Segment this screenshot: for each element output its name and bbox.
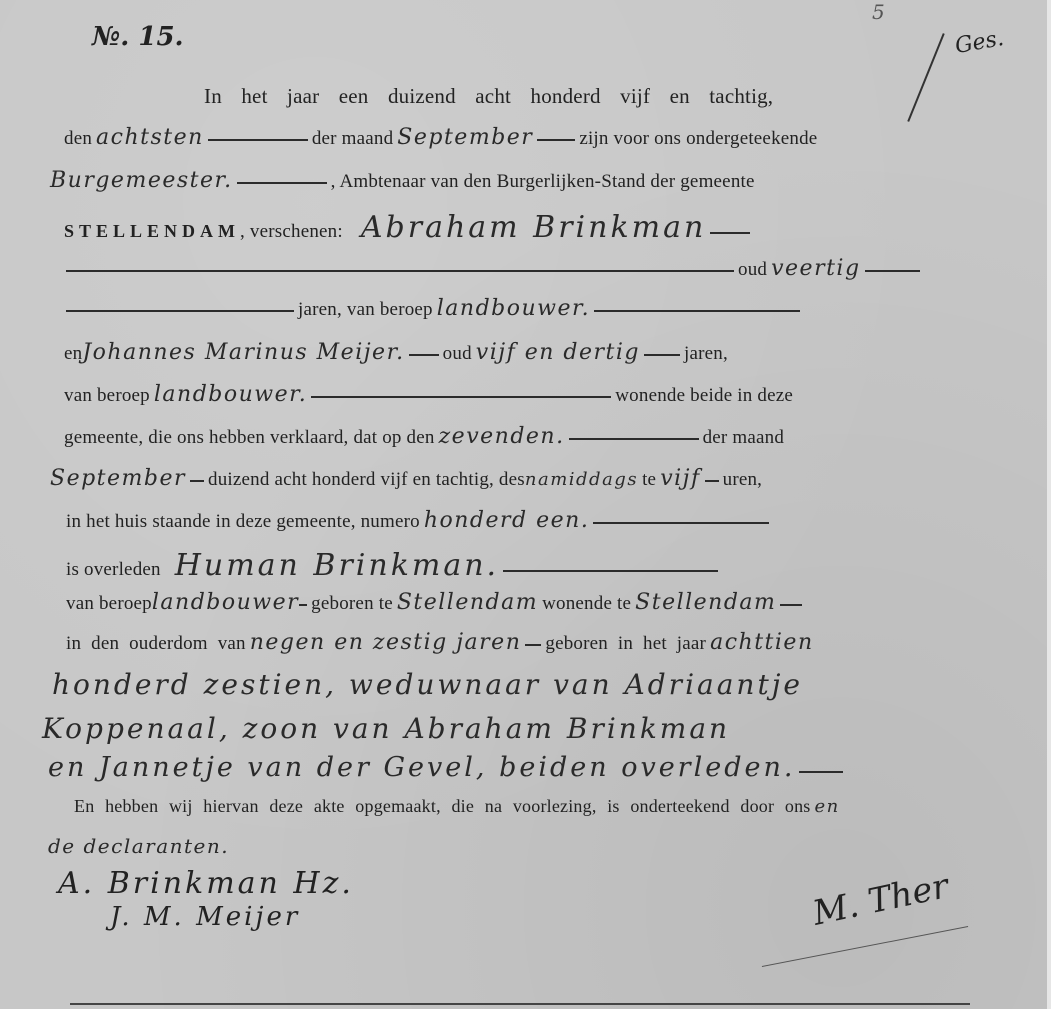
record-day: achtsten [96, 125, 204, 150]
closing-line: En hebben wij hiervan deze akte opgemaak… [74, 796, 840, 817]
fill-line [710, 232, 750, 234]
label-jaren: jaren, [684, 343, 728, 364]
municipality-name: STELLENDAM [64, 221, 240, 241]
house-line: in het huis staande in deze gemeente, nu… [66, 508, 769, 533]
preamble-line: In het jaar een duizend acht honderd vij… [204, 84, 773, 109]
fill-line [208, 139, 308, 141]
fill-line [237, 182, 327, 184]
closing-text: En hebben wij hiervan deze akte opgemaak… [74, 796, 810, 816]
death-month: September [50, 466, 186, 491]
label-te: te [642, 469, 656, 490]
death-day: zevenden. [439, 424, 565, 449]
label-van-beroep: van beroep [66, 593, 152, 614]
official-line: Burgemeester. , Ambtenaar van den Burger… [50, 168, 755, 193]
declarant1-occupation: landbouwer. [437, 296, 590, 321]
handwritten-line-15: honderd zestien, weduwnaar van Adriaantj… [52, 668, 803, 701]
fill-line [66, 310, 294, 312]
declarant1-age: veertig [771, 256, 860, 281]
civil-record-page: №. 15. 5 Ges. In het jaar een duizend ac… [0, 0, 1051, 1009]
label-der-maand: der maand [703, 427, 784, 448]
fill-line [409, 354, 439, 356]
label-wonende-beide: wonende beide in deze [615, 385, 793, 406]
death-date-line: gemeente, die ons hebben verklaard, dat … [64, 424, 784, 449]
deceased-residence: Stellendam [635, 590, 776, 615]
label-zijn-voor-ons: zijn voor ons ondergeteekende [579, 128, 817, 149]
label-ouderdom: in den ouderdom van [66, 633, 246, 654]
label-oud: oud [738, 259, 767, 280]
bottom-rule [70, 1003, 970, 1005]
fill-line [865, 270, 920, 272]
declarant2-name: Johannes Marinus Meijer. [82, 340, 404, 365]
fill-line [594, 310, 800, 312]
fill-line [569, 438, 699, 440]
margin-note-top: 5 [872, 0, 885, 24]
signature-declarant2: J. M. Meijer [110, 902, 300, 932]
label-huis-numero: in het huis staande in deze gemeente, nu… [66, 511, 420, 532]
signature-declarant1: A. Brinkman Hz. [58, 866, 354, 901]
declaranten-line: de declaranten. [48, 834, 229, 858]
official-role: Burgemeester. [50, 168, 233, 193]
age1-line: oud veertig [66, 256, 920, 281]
label-wonende-te: wonende te [542, 593, 631, 614]
house-number: honderd een. [424, 508, 589, 533]
label-den: den [64, 128, 92, 149]
signature-official: M. Ther [809, 866, 952, 934]
label-oud: oud [443, 343, 472, 364]
birth-year-start: achttien [710, 630, 814, 655]
fill-line [311, 396, 611, 398]
label-en: en [64, 343, 82, 364]
date-line: den achtsten der maand September zijn vo… [64, 125, 817, 150]
fill-line [503, 570, 718, 572]
death-hour: vijf [660, 466, 700, 491]
fill-line [644, 354, 680, 356]
page-edge [1047, 0, 1051, 1009]
label-is-overleden: is overleden [66, 559, 161, 580]
declarant2-line: enJohannes Marinus Meijer. oud vijf en d… [64, 340, 728, 365]
fill-line [525, 644, 541, 646]
fill-line [190, 480, 204, 482]
handwritten-line-16: Koppenaal, zoon van Abraham Brinkman [42, 712, 730, 745]
deceased-birthplace: Stellendam [397, 590, 538, 615]
label-van-beroep: van beroep [64, 385, 150, 406]
deceased-age: negen en zestig jaren [250, 630, 522, 655]
fill-line [593, 522, 769, 524]
declarant1-name: Abraham Brinkman [361, 210, 706, 245]
record-number: №. 15. [92, 22, 184, 52]
occupation2-line: van beroep landbouwer. wonende beide in … [64, 382, 793, 407]
label-uren: uren, [723, 469, 763, 490]
appeared-line: STELLENDAM, verschenen: Abraham Brinkman [64, 210, 750, 245]
declarant2-occupation: landbouwer. [154, 382, 307, 407]
occupation1-line: jaren, van beroep landbouwer. [66, 296, 800, 321]
deceased-occupation: landbouwer [152, 590, 299, 615]
deceased-name: Human Brinkman. [175, 548, 499, 583]
label-year-des: duizend acht honderd vijf en tachtig, de… [208, 469, 525, 490]
record-month: September [397, 125, 533, 150]
margin-stroke [907, 33, 944, 122]
death-time-line: September duizend acht honderd vijf en t… [50, 466, 762, 491]
deceased-origin-line: van beroeplandbouwer geboren te Stellend… [66, 590, 802, 615]
fill-line [66, 270, 734, 272]
label-der-maand: der maand [312, 128, 393, 149]
label-jaren-beroep: jaren, van beroep [298, 299, 433, 320]
fill-line [705, 480, 719, 482]
deceased-line: is overleden Human Brinkman. [66, 548, 718, 583]
signature-underline [762, 926, 968, 967]
label-geboren-te: geboren te [311, 593, 393, 614]
death-daypart: namiddags [525, 469, 638, 490]
closing-handwritten: en [814, 796, 839, 817]
fill-line [537, 139, 575, 141]
label-geboren-jaar: geboren in het jaar [545, 633, 706, 654]
declarant2-age: vijf en dertig [476, 340, 640, 365]
handwritten-line-17: en Jannetje van der Gevel, beiden overle… [48, 752, 843, 783]
margin-note-corner: Ges. [953, 26, 1005, 59]
deceased-age-line: in den ouderdom van negen en zestig jare… [66, 630, 814, 655]
parents-text: en Jannetje van der Gevel, beiden overle… [48, 752, 795, 783]
label-verschenen: , verschenen: [240, 221, 343, 242]
label-ambtenaar: , Ambtenaar van den Burgerlijken-Stand d… [331, 171, 755, 192]
fill-line [799, 771, 843, 773]
fill-line [299, 604, 307, 606]
label-verklaard: gemeente, die ons hebben verklaard, dat … [64, 427, 435, 448]
fill-line [780, 604, 802, 606]
